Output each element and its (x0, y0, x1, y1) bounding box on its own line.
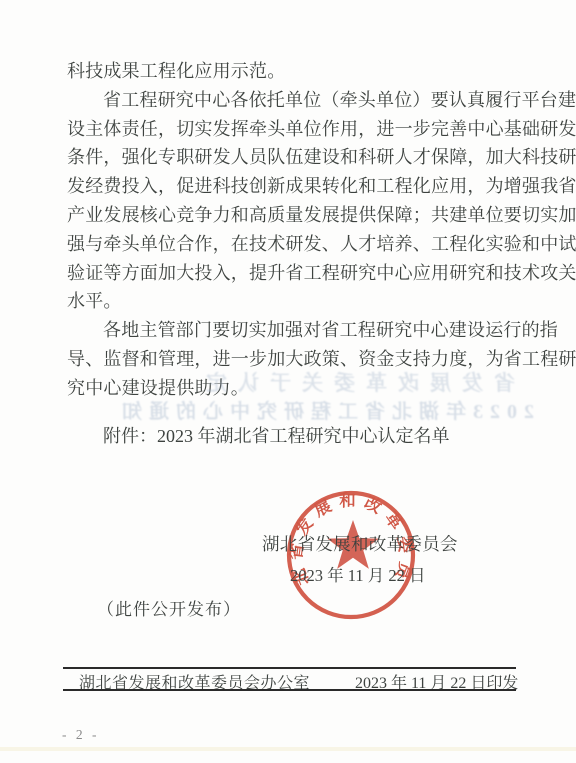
signature-date: 2023 年 11 月 22 日 (290, 566, 426, 585)
bleed-through-text: 2023年湖北省工程研究中心的通知 (88, 395, 534, 424)
footer-rule-bottom (63, 689, 516, 691)
attachment-line: 附件：2023 年湖北省工程研究中心认定名单 (67, 424, 537, 448)
scan-artifact-band (0, 747, 576, 751)
body-line: 省工程研究中心各依托单位（牵头单位）要认真履行平台建 (67, 86, 525, 115)
document-body: 科技成果工程化应用示范。 省工程研究中心各依托单位（牵头单位）要认真履行平台建 … (67, 57, 525, 403)
body-line: 水平。 (67, 287, 525, 316)
body-line: 各地主管部门要切实加强对省工程研究中心建设运行的指 (67, 316, 525, 345)
signature-organization: 湖北省发展和改革委员会 (262, 534, 458, 554)
body-line: 条件，强化专职研发人员队伍建设和科研人才保障，加大科技研 (67, 143, 525, 172)
body-line: 强与牵头单位合作，在技术研发、人才培养、工程化实验和中试 (67, 230, 525, 259)
body-line: 设主体责任，切实发挥牵头单位作用，进一步完善中心基础研发 (67, 115, 525, 144)
page-number: - 2 - (62, 727, 100, 743)
body-line: 发经费投入，促进科技创新成果转化和工程化应用，为增强我省 (67, 172, 525, 201)
scanned-document-page: 科技成果工程化应用示范。 省工程研究中心各依托单位（牵头单位）要认真履行平台建 … (0, 0, 576, 763)
official-seal: 湖北省发展和改革委员会 (280, 484, 422, 626)
public-release-note: （此件公开发布） (97, 595, 241, 620)
body-line: 科技成果工程化应用示范。 (67, 57, 525, 86)
bleed-through-text: 省发展改革委关于认定 (237, 367, 515, 397)
body-line: 产业发展核心竞争力和高质量发展提供保障；共建单位要切实加 (67, 201, 525, 230)
footer-rule-top (63, 667, 516, 669)
body-line: 验证等方面加大投入，提升省工程研究中心应用研究和技术攻关 (67, 259, 525, 288)
